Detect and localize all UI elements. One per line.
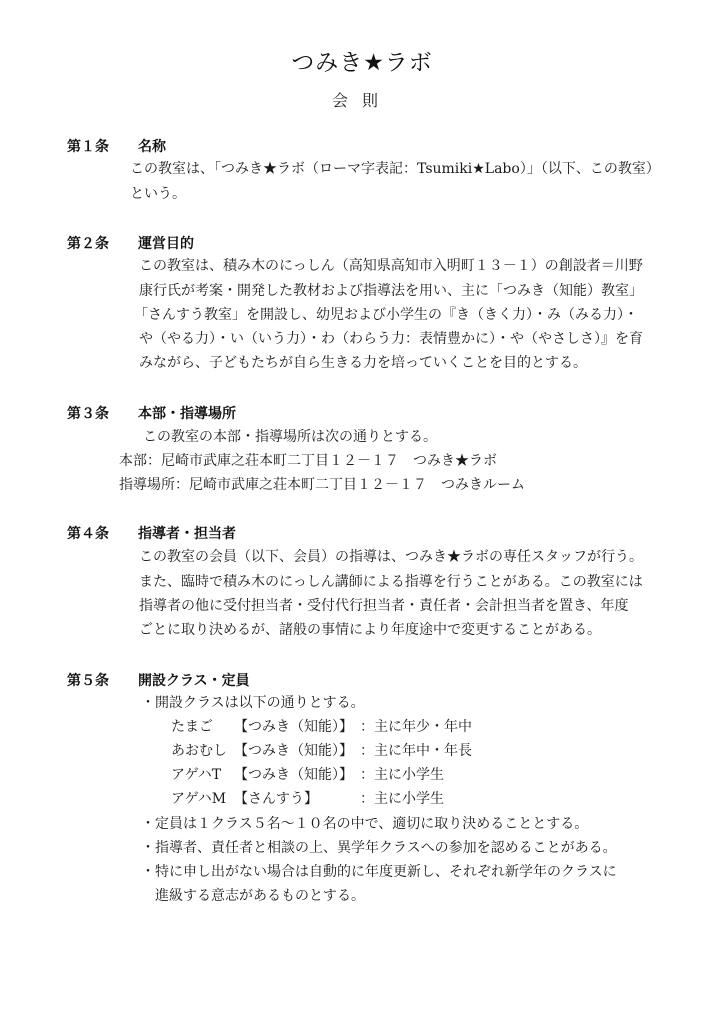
article-1-heading: 第１条名称 [67,136,166,156]
class-row: たまご【つみき（知能）】：主に年少・年中 [171,718,472,736]
class-row: アゲハM【さんすう】：主に小学生 [171,790,444,808]
document-page: つみき★ラボ 会則 第１条名称 この教室は、「つみき★ラボ（ローマ字表記：Tsu… [0,0,724,1024]
class-row: アゲハT【つみき（知能）】：主に小学生 [171,766,444,784]
article-5-bullet-cross-grade: ・指導者、責任者と相談の上、異学年クラスへの参加を認めることがある。 [141,839,617,857]
article-2-line-2: 康行氏が考案・開発した教材および指導法を用い、主に「つみき（知能）教室」 [139,282,643,300]
article-2-line-5: みながら、子どもたちが自ら生きる力を培っていくことを目的とする。 [139,354,587,372]
article-2-line-3: 「さんすう教室」を開設し、幼児および小学生の『き（きく力）・み（みる力）・ [134,306,638,324]
article-2-line-4: や（やる力）・い（いう力）・わ（わらう力：表情豊かに）・や（やさしさ）』を育 [139,330,643,348]
article-4-line-3: 指導者の他に受付担当者・受付代行担当者・責任者・会計担当者を置き、年度 [139,597,628,615]
article-title: 指導者・担当者 [138,526,236,542]
article-1-line-1: この教室は、「つみき★ラボ（ローマ字表記：Tsumiki★Labo）」（以下、こ… [130,160,660,178]
article-5-bullet-renewal-cont: 進級する意志があるものとする。 [155,887,365,905]
article-2-heading: 第２条運営目的 [67,233,194,253]
class-name: あおむし [171,742,234,760]
class-target: ：主に年少・年中 [360,719,472,735]
article-1-line-2: という。 [130,185,186,203]
article-3-line-1: この教室の本部・指導場所は次の通りとする。 [143,428,437,446]
article-title: 開設クラス・定員 [138,673,250,689]
document-subtitle: 会則 [0,88,724,111]
article-5-bullet-capacity: ・定員は１クラス５名～１０名の中で、適切に取り決めることとする。 [141,815,588,833]
article-3-hq-address: 本部：尼崎市武庫之荘本町二丁目１２－１７ つみき★ラボ [119,452,497,470]
article-title: 名称 [138,139,166,155]
class-name: アゲハT [171,766,234,784]
article-number: 第４条 [67,523,138,543]
article-5-bullet-classes: ・開設クラスは以下の通りとする。 [141,694,365,712]
article-title: 運営目的 [138,236,194,252]
article-number: 第３条 [67,403,138,423]
class-target: ：主に小学生 [360,791,444,807]
class-type: 【さんすう】 [234,790,360,808]
class-name: たまご [171,718,234,736]
article-5-heading: 第５条開設クラス・定員 [67,670,250,690]
article-2-line-1: この教室は、積み木のにっしん（高知県高知市入明町１３－１）の創設者＝川野 [139,257,643,275]
article-number: 第１条 [67,136,138,156]
article-4-heading: 第４条指導者・担当者 [67,523,236,543]
article-title: 本部・指導場所 [138,406,236,422]
article-4-line-1: この教室の会員（以下、会員）の指導は、つみき★ラボの専任スタッフが行う。 [139,548,643,566]
class-type: 【つみき（知能）】 [234,718,360,736]
class-target: ：主に小学生 [360,767,444,783]
document-title: つみき★ラボ [0,44,724,77]
class-type: 【つみき（知能）】 [234,742,360,760]
class-type: 【つみき（知能）】 [234,766,360,784]
article-4-line-2: また、臨時で積み木のにっしん講師による指導を行うことがある。この教室には [139,573,643,591]
class-row: あおむし【つみき（知能）】：主に年中・年長 [171,742,472,760]
class-target: ：主に年中・年長 [360,743,472,759]
article-number: 第５条 [67,670,138,690]
article-number: 第２条 [67,233,138,253]
article-5-bullet-renewal: ・特に申し出がない場合は自動的に年度更新し、それぞれ新学年のクラスに [141,863,617,881]
article-4-line-4: ごとに取り決めるが、諸般の事情により年度途中で変更することがある。 [139,621,601,639]
article-3-heading: 第３条本部・指導場所 [67,403,236,423]
class-name: アゲハM [171,790,234,808]
article-3-venue-address: 指導場所：尼崎市武庫之荘本町二丁目１２－１７ つみきルーム [119,476,525,494]
